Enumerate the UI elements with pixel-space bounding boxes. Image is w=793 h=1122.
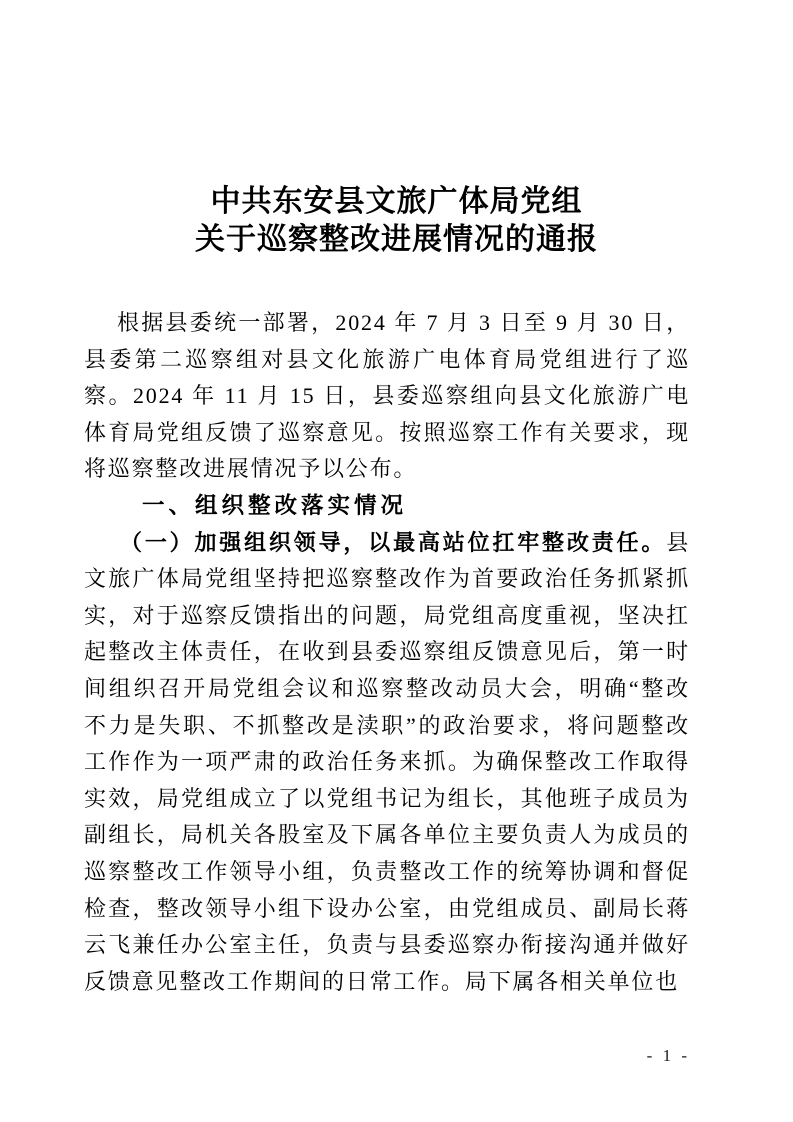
document-title-line-2: 关于巡察整改进展情况的通报 bbox=[0, 221, 793, 259]
section-1-heading: 一、组织整改落实情况 bbox=[84, 488, 690, 525]
subsection-1-body-text: 县文旅广体局党组坚持把巡察整改作为首要政治任务抓紧抓实，对于巡察反馈指出的问题，… bbox=[84, 530, 690, 994]
page-number: - 1 - bbox=[647, 1046, 690, 1065]
subsection-1-heading: （一）加强组织领导，以最高站位扛牢整改责任。 bbox=[120, 530, 666, 555]
intro-paragraph: 根据县委统一部署，2024 年 7 月 3 日至 9 月 30 日，县委第二巡察… bbox=[84, 305, 690, 488]
document-page: 中共东安县文旅广体局党组 关于巡察整改进展情况的通报 根据县委统一部署，2024… bbox=[0, 0, 793, 1122]
subsection-1-paragraph: （一）加强组织领导，以最高站位扛牢整改责任。县文旅广体局党组坚持把巡察整改作为首… bbox=[84, 525, 690, 1001]
document-title-line-1: 中共东安县文旅广体局党组 bbox=[0, 183, 793, 221]
document-title: 中共东安县文旅广体局党组 关于巡察整改进展情况的通报 bbox=[0, 0, 793, 259]
page-footer: - 1 - bbox=[647, 1046, 690, 1066]
document-body: 根据县委统一部署，2024 年 7 月 3 日至 9 月 30 日，县委第二巡察… bbox=[84, 305, 690, 1000]
